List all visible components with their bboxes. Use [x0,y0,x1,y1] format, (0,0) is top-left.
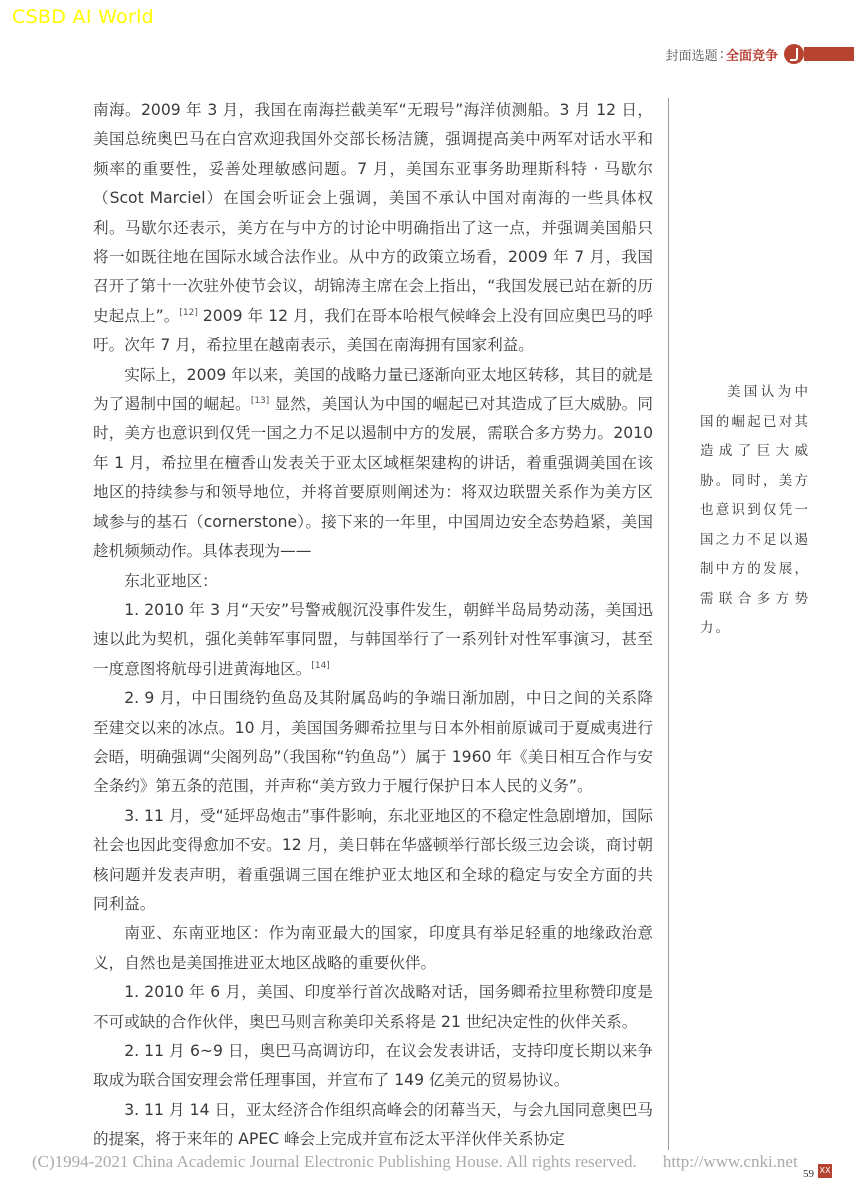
paragraph: 3. 11 月，受“延坪岛炮击”事件影响，东北亚地区的不稳定性急剧增加，国际社会… [93,802,653,920]
column-divider [668,98,669,1150]
paragraph: 南海。2009 年 3 月，我国在南海拦截美军“无瑕号”海洋侦测船。3 月 12… [93,96,653,361]
citation-ref: [13] [251,396,269,406]
watermark: CSBD AI World [12,6,154,28]
paragraph: 2. 11 月 6~9 日，奥巴马高调访印，在议会发表讲话，支持印度长期以来争取… [93,1037,653,1096]
article-body: 南海。2009 年 3 月，我国在南海拦截美军“无瑕号”海洋侦测船。3 月 12… [93,96,653,1155]
header-accent-bar [804,47,854,61]
section-label: 封面选题 [666,45,718,64]
paragraph: 3. 11 月 14 日，亚太经济合作组织高峰会的闭幕当天，与会九国同意奥巴马的… [93,1096,653,1155]
citation-ref: [12] [179,308,197,318]
paragraph: 实际上，2009 年以来，美国的战略力量已逐渐向亚太地区转移，其目的就是为了遏制… [93,361,653,567]
pull-quote: 美国认为中国的崛起已对其造成了巨大威胁。同时，美方也意识到仅凭一国之力不足以遏制… [700,378,810,644]
paragraph: 南亚、东南亚地区：作为南亚最大的国家，印度具有举足轻重的地缘政治意义，自然也是美… [93,919,653,978]
journal-logo-icon [784,44,804,64]
page-number: 59 [803,1168,814,1180]
footer: (C)1994-2021 China Academic Journal Elec… [32,1152,798,1172]
paragraph-text: 显然，美国认为中国的崛起已对其造成了巨大威胁。同时，美方也意识到仅凭一国之力不足… [93,395,653,560]
copyright-text: (C)1994-2021 China Academic Journal Elec… [32,1152,637,1171]
paragraph: 2. 9 月，中日围绕钓鱼岛及其附属岛屿的争端日渐加剧，中日之间的关系降至建交以… [93,684,653,802]
section-topic: 全面竞争 [726,45,778,64]
section-heading: 东北亚地区： [93,567,653,596]
paragraph: 1. 2010 年 6 月，美国、印度举行首次战略对话，国务卿希拉里称赞印度是不… [93,978,653,1037]
footer-url[interactable]: http://www.cnki.net [663,1152,798,1171]
paragraph-text: 南海。2009 年 3 月，我国在南海拦截美军“无瑕号”海洋侦测船。3 月 12… [93,101,653,325]
page-mark-icon: XX [818,1164,832,1178]
paragraph: 1. 2010 年 3 月“天安”号警戒舰沉没事件发生，朝鲜半岛局势动荡，美国迅… [93,596,653,684]
section-colon: : [720,47,724,62]
citation-ref: [14] [311,661,329,671]
running-head: 封面选题 : 全面竞争 [666,43,854,65]
paragraph-text: 1. 2010 年 3 月“天安”号警戒舰沉没事件发生，朝鲜半岛局势动荡，美国迅… [93,601,653,678]
